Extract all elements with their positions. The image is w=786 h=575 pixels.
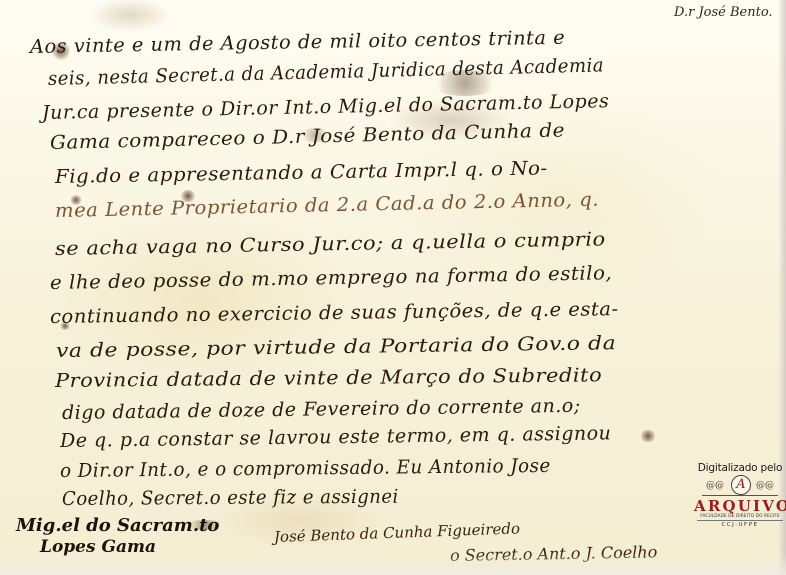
- scroll-ornament-icon: @@: [756, 481, 774, 491]
- watermark-caption: Digitalizado pelo: [694, 462, 786, 474]
- manuscript-line: e lhe deo posse do m.mo emprego na forma…: [50, 262, 613, 294]
- watermark-unit: CCJ·UFPE: [694, 521, 786, 530]
- manuscript-line: mea Lente Proprietario da 2.a Cad.a do 2…: [55, 189, 599, 222]
- manuscript-line: De q. p.a constar se lavrou este termo, …: [60, 422, 612, 452]
- manuscript-line: o Dir.or Int.o, e o compromissado. Eu An…: [60, 455, 551, 482]
- watermark-subtitle: FACULDADE DE DIREITO DO RECIFE: [697, 514, 783, 521]
- manuscript-page: D.r José Bento. Aos vinte e um de Agosto…: [0, 0, 786, 575]
- manuscript-line: Jur.ca presente o Dir.or Int.o Mig.el do…: [42, 90, 610, 124]
- manuscript-line: continuando no exercicio de suas funções…: [50, 298, 619, 328]
- manuscript-line: se acha vaga no Curso Jur.co; a q.uella …: [55, 228, 606, 260]
- emblem-letter: A: [731, 475, 751, 495]
- manuscript-line: Gama compareceo o D.r José Bento da Cunh…: [50, 119, 565, 154]
- manuscript-line: va de posse, por virtude da Portaria do …: [56, 332, 617, 362]
- manuscript-line: Coelho, Secret.o este fiz e assignei: [62, 486, 399, 510]
- manuscript-line: Aos vinte e um de Agosto de mil oito cen…: [30, 27, 565, 58]
- divider: [702, 495, 778, 496]
- manuscript-line: digo datada de doze de Fevereiro do corr…: [62, 395, 581, 424]
- signature-director-line2: Lopes Gama: [40, 537, 156, 557]
- manuscript-line: Provincia datada de vinte de Março do Su…: [55, 364, 602, 392]
- signature-secretary: o Secret.o Ant.o J. Coelho: [450, 542, 658, 565]
- signature-jose-bento: José Bento da Cunha Figueiredo: [274, 519, 521, 546]
- watermark-title: ARQUIVO: [694, 498, 786, 514]
- archive-emblem-icon: @@ A @@: [698, 475, 782, 497]
- scroll-ornament-icon: @@: [706, 481, 724, 491]
- manuscript-line: seis, nesta Secret.a da Academia Juridic…: [48, 54, 605, 90]
- manuscript-line: Fig.do e appresentando a Carta Impr.l q.…: [55, 157, 548, 188]
- header-annotation: D.r José Bento.: [674, 5, 773, 20]
- ink-blot: [640, 430, 656, 442]
- archive-watermark-logo: Digitalizado pelo @@ A @@ ARQUIVO FACULD…: [694, 462, 786, 532]
- signature-director-line1: Mig.el do Sacram.to: [16, 515, 219, 536]
